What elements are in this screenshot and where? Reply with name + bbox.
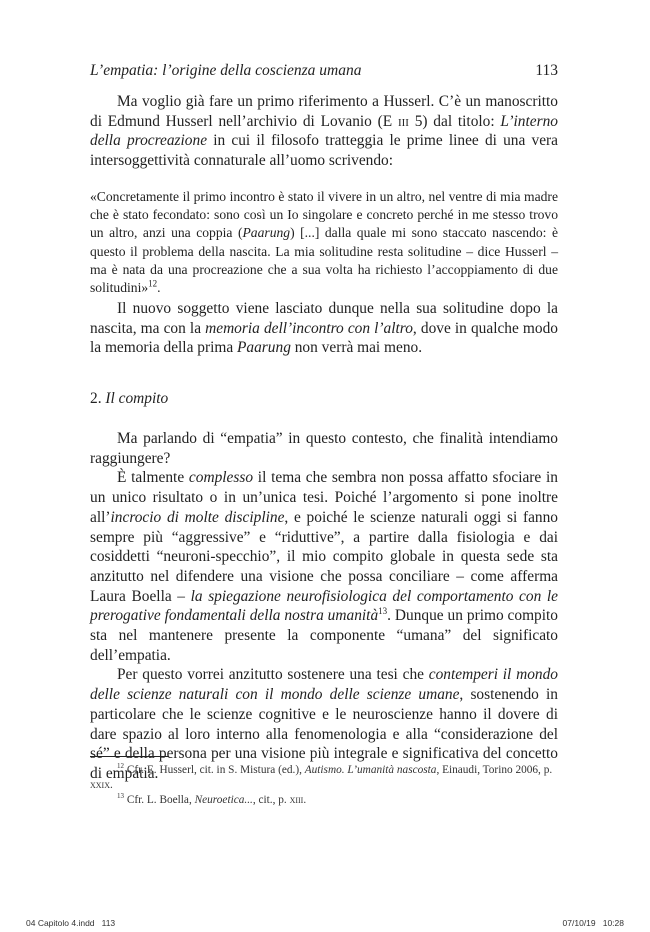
footnote-ref-12[interactable]: 12: [148, 278, 157, 288]
footnote-13: 13 Cfr. L. Boella, Neuroetica..., cit., …: [90, 793, 558, 808]
section-title: Il compito: [105, 390, 168, 407]
roman-numeral: xiii: [290, 794, 304, 806]
footnote-ref-13[interactable]: 13: [378, 606, 387, 616]
paragraph-3: Ma parlando di “empatia” in questo conte…: [90, 429, 558, 784]
emphasis: Paarung: [243, 225, 291, 240]
footnotes: 12 Cfr. E. Husserl, cit. in S. Mistura (…: [90, 763, 558, 808]
running-head: L’empatia: l’origine della coscienza uma…: [90, 62, 558, 80]
emphasis: incrocio di molte discipline: [111, 509, 285, 526]
page-number: 113: [535, 62, 558, 80]
text: Cfr. L. Boella,: [124, 794, 195, 806]
slug-file-info: 04 Capitolo 4.indd 113: [26, 918, 115, 928]
text: Cfr. E. Husserl, cit. in S. Mistura (ed.…: [124, 764, 305, 776]
roman-numeral: xxix: [90, 779, 110, 791]
text: .: [303, 794, 306, 806]
text: Ma parlando di “empatia” in questo conte…: [90, 430, 558, 467]
text: .: [157, 280, 160, 295]
text: È talmente: [117, 469, 189, 486]
running-head-title: L’empatia: l’origine della coscienza uma…: [90, 62, 362, 80]
footnote-divider: [90, 756, 168, 757]
slug-timestamp: 07/10/19 10:28: [563, 918, 624, 928]
text: 5) dal titolo:: [409, 113, 500, 130]
block-quote: «Concretamente il primo incontro è stato…: [90, 188, 558, 297]
footnote-number: 13: [117, 792, 124, 800]
text: .: [110, 779, 113, 791]
section-heading: 2. Il compito: [90, 389, 558, 409]
text: , cit., p.: [253, 794, 290, 806]
section-number: 2.: [90, 390, 105, 407]
emphasis: memoria dell’incontro con l’altro: [205, 320, 413, 337]
text: , Einaudi, Torino 2006, p.: [436, 764, 552, 776]
book-title: Neuroetica...: [195, 794, 253, 806]
text: non verrà mai meno.: [291, 339, 422, 356]
emphasis: Paarung: [237, 339, 291, 356]
paragraph-2: Il nuovo soggetto viene lasciato dunque …: [90, 299, 558, 358]
footnote-12: 12 Cfr. E. Husserl, cit. in S. Mistura (…: [90, 763, 558, 793]
emphasis: complesso: [189, 469, 253, 486]
text: Per questo vorrei anzitutto sostenere un…: [117, 666, 429, 683]
paragraph-1: Ma voglio già fare un primo riferimento …: [90, 92, 558, 171]
book-title: Autismo. L’umanità nascosta: [305, 764, 437, 776]
footnote-number: 12: [117, 762, 124, 770]
roman-numeral: iii: [398, 113, 409, 130]
